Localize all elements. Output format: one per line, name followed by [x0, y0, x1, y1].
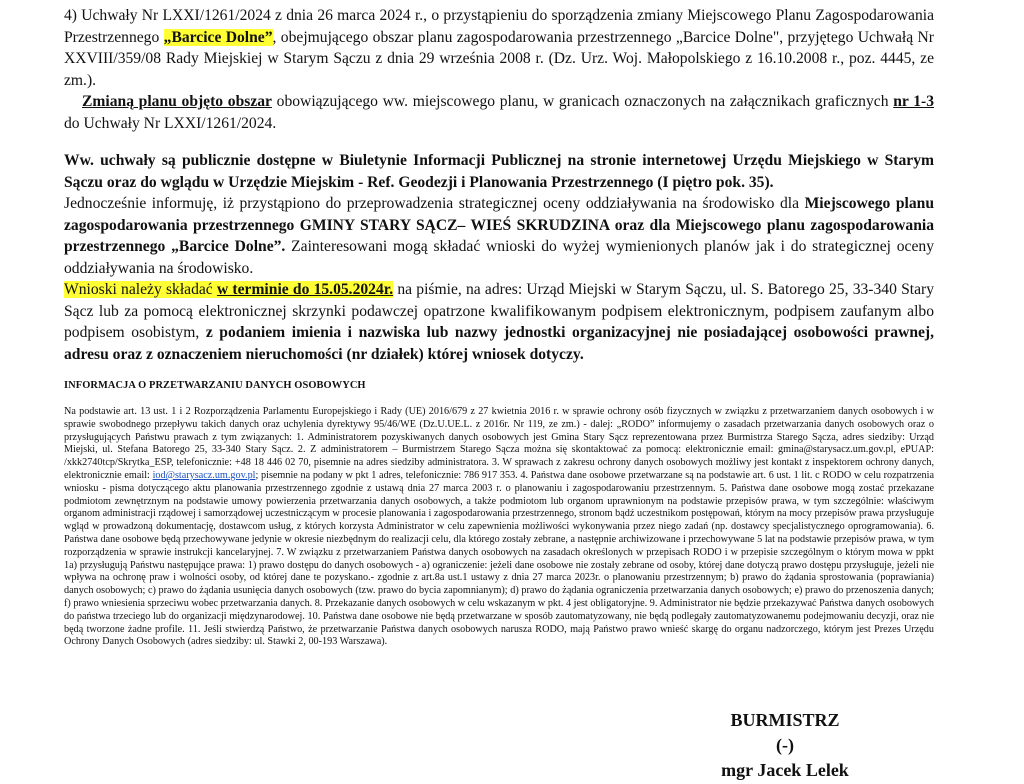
- iod-email-link[interactable]: iod@starysacz.um.gov.pl: [153, 470, 256, 481]
- gdpr-clause: Na podstawie art. 13 ust. 1 i 2 Rozporzą…: [64, 406, 934, 649]
- resolution-paragraph: 4) Uchwały Nr LXXI/1261/2024 z dnia 26 m…: [64, 5, 934, 91]
- scope-lead: Zmianą planu objęto obszar: [82, 93, 272, 110]
- deadline: w terminie do 15.05.2024r.: [217, 281, 393, 298]
- signature-mark: (-): [700, 733, 870, 758]
- gdpr-heading: INFORMACJA O PRZETWARZANIU DANYCH OSOBOW…: [64, 380, 366, 391]
- assessment-paragraph: Jednocześnie informuję, iż przystąpiono …: [64, 193, 934, 279]
- plan-name-highlight: „Barcice Dolne”: [164, 29, 273, 46]
- signature-block: BURMISTRZ (-) mgr Jacek Lelek: [700, 708, 870, 783]
- resolution-section: 4) Uchwały Nr LXXI/1261/2024 z dnia 26 m…: [64, 5, 934, 134]
- scope-paragraph: Zmianą planu objęto obszar obowiązująceg…: [64, 91, 934, 134]
- submission-paragraph: Wnioski należy składać w terminie do 15.…: [64, 279, 934, 365]
- attachment-numbers: nr 1-3: [893, 93, 934, 110]
- signature-name: mgr Jacek Lelek: [700, 758, 870, 783]
- availability-paragraph: Ww. uchwały są publicznie dostępne w Biu…: [64, 150, 934, 193]
- submission-highlight: Wnioski należy składać: [64, 281, 217, 298]
- notice-section: Ww. uchwały są publicznie dostępne w Biu…: [64, 150, 934, 365]
- document-page: 4) Uchwały Nr LXXI/1261/2024 z dnia 26 m…: [0, 0, 1024, 784]
- signature-title: BURMISTRZ: [700, 708, 870, 733]
